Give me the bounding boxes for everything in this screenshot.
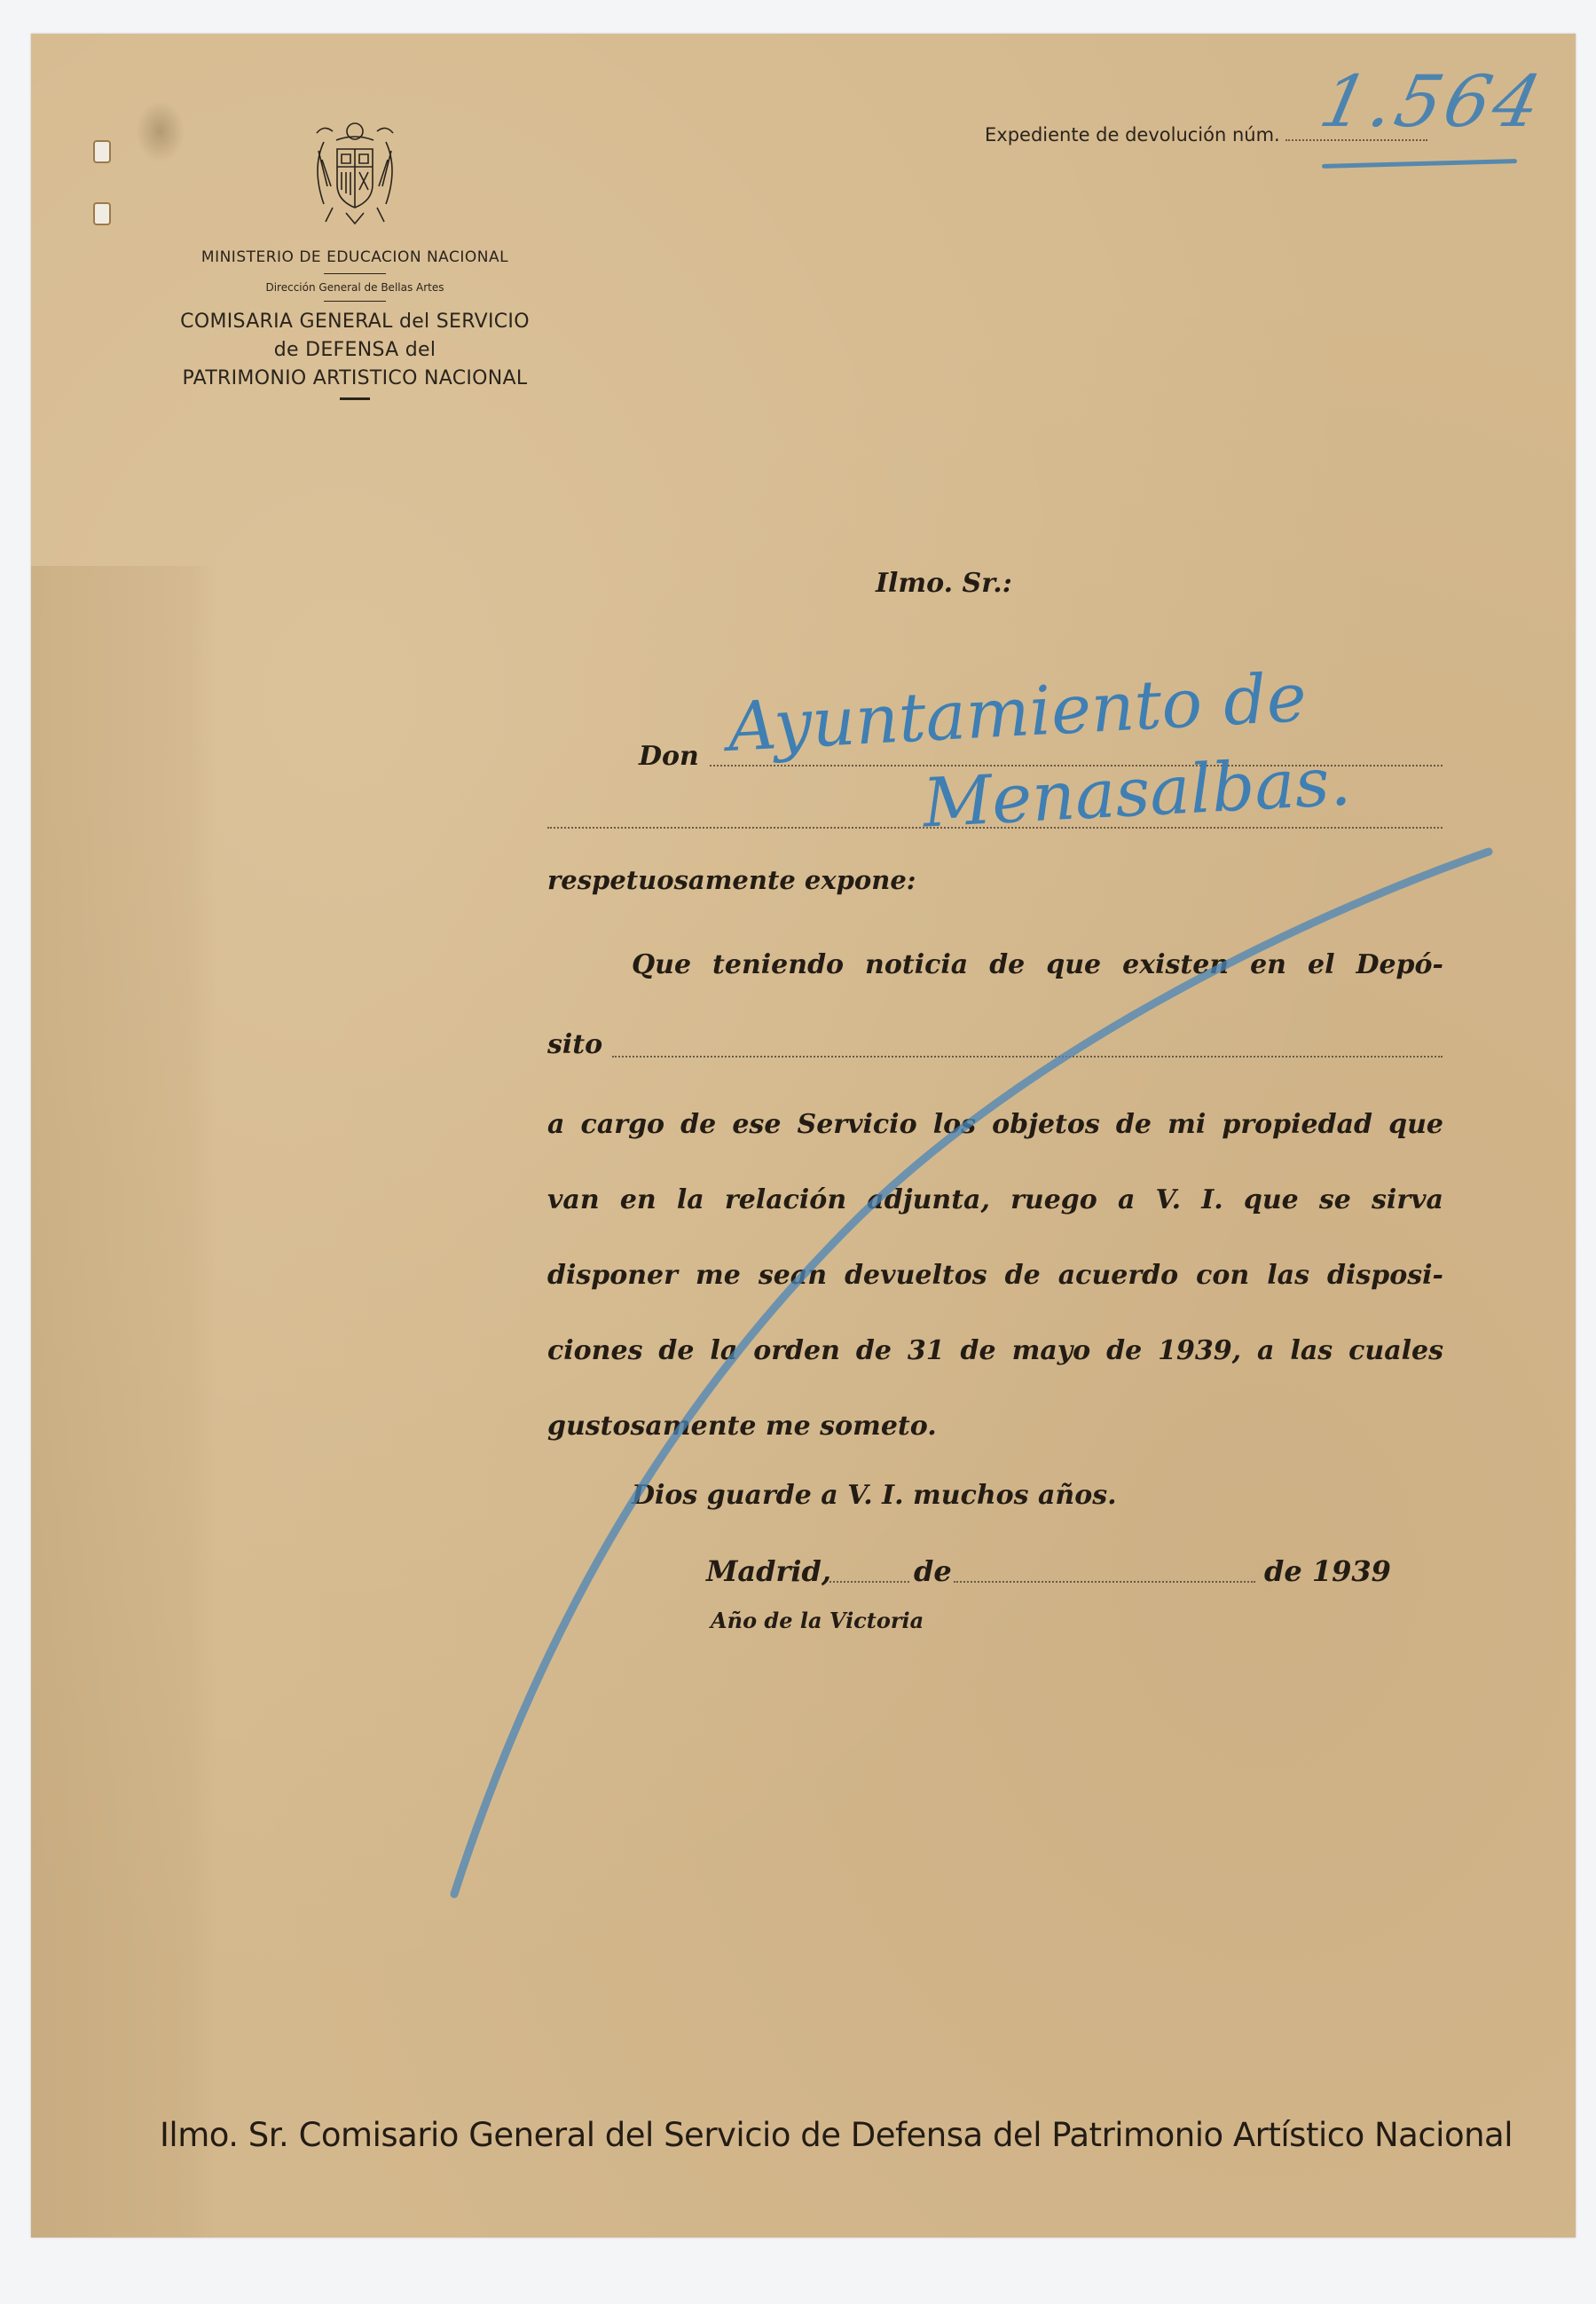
body-line-7: gustosamente me someto. (547, 1411, 937, 1442)
ministry-name: MINISTERIO DE EDUCACION NACIONAL (115, 248, 594, 266)
spanish-coat-of-arms-icon (306, 115, 404, 231)
direccion-general: Dirección General de Bellas Artes (115, 281, 594, 294)
expediente-label: Expediente de devolución núm. (985, 124, 1280, 145)
expone-text: respetuosamente expone: (547, 865, 916, 895)
body-line-2: sito (547, 1029, 602, 1060)
divider (324, 301, 386, 302)
comisaria-line-2: de DEFENSA del (115, 337, 594, 364)
body-line-6: ciones de la orden de 31 de mayo de 1939… (547, 1335, 1443, 1366)
divider (324, 273, 386, 274)
comisaria-line-1: COMISARIA GENERAL del SERVICIO (115, 309, 594, 335)
water-stain (31, 566, 217, 2237)
divider (340, 397, 370, 400)
day-dotline (829, 1581, 909, 1583)
body-line-3: a cargo de ese Servicio los objetos de m… (547, 1109, 1443, 1140)
deposito-dotline (612, 1056, 1443, 1058)
date-year: de 1939 (1264, 1554, 1391, 1588)
body-line-1: Que teniendo noticia de que existen en e… (632, 949, 1443, 980)
salutation: Ilmo. Sr.: (876, 568, 1012, 599)
date-de: de (914, 1554, 952, 1588)
date-city: Madrid, (706, 1554, 831, 1588)
don-label: Don (639, 741, 699, 772)
ano-victoria: Año de la Victoria (711, 1608, 924, 1633)
expediente-number: 1.564 (1313, 60, 1552, 143)
month-dotline (954, 1581, 1255, 1583)
body-line-4: van en la relación adjunta, ruego a V. I… (547, 1184, 1443, 1215)
letterhead: MINISTERIO DE EDUCACION NACIONAL Direcci… (115, 115, 594, 400)
footer-addressee: Ilmo. Sr. Comisario General del Servicio… (160, 2116, 1513, 2154)
body-line-5: disponer me sean devueltos de acuerdo co… (547, 1260, 1443, 1291)
comisaria-line-3: PATRIMONIO ARTISTICO NACIONAL (115, 366, 594, 392)
closing-formula: Dios guarde a V. I. muchos años. (632, 1480, 1117, 1511)
staple-holes (86, 131, 114, 247)
